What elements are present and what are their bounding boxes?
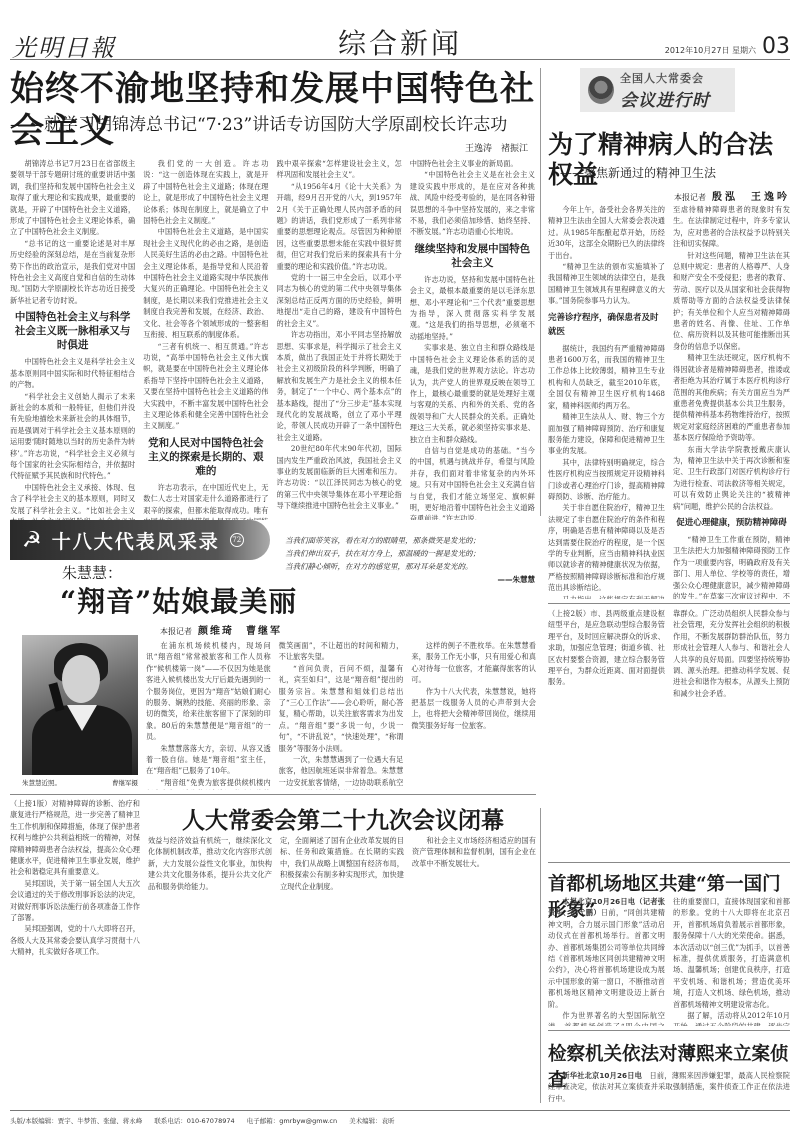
feature-banner: ☭ 十八大代表风采录 72 (10, 520, 270, 560)
paragraph: 靠群众。广泛动员组织人民群众参与社会管理，充分发挥社会组织的积极作用，不断发展群… (673, 608, 790, 699)
quote-attribution: ——朱慧慧 (285, 573, 535, 586)
paragraph: 中国特色社会主义道路，是中国实现社会主义现代化的必由之路，是创造人民美好生活的必… (143, 226, 268, 340)
paragraph: 至虐待精神障碍患者的现象时有发生。在法律制定过程中，许多专家认为，应对患者的合法… (673, 204, 790, 250)
law-continuation: （上接1版）对精神障碍的诊断、治疗和康复进行严格规范，进一步完善了精神卫生工作机… (10, 798, 140, 1100)
lead-body: 胡锦涛总书记7月23日在省部级主要领导干部专题研讨班的重要讲话中强调，我们坚持和… (10, 158, 535, 520)
lead-headline[interactable]: 始终不渝地坚持和发展中国特色社会主义 (10, 68, 535, 152)
section-divider (10, 794, 536, 795)
subhead: 党和人民对中国特色社会主义的探索是长期的、艰难的 (143, 436, 268, 478)
photo-caption: 朱慧慧近照。 曹继军摄 (22, 778, 138, 787)
paragraph: 实事求是、独立自主和群众路线是中国特色社会主义理论体系的活的灵魂，是我们党的世界… (410, 342, 535, 445)
paragraph: 党的十一届三中全会后，以邓小平同志为核心的党的第二代中央领导集体深刻总结正反两方… (277, 272, 402, 329)
mental-health-col-1: 今年上午，备受社会各界关注的精神卫生法由全国人大常委会表决通过。从1985年酝酿… (548, 204, 665, 599)
paragraph: 精神卫生法还规定，医疗机构不得因就诊者是精神障碍患者，推诿或者拒绝为其治疗属于本… (673, 352, 790, 443)
paragraph: “科学社会主义创始人揭示了未来新社会的本质和一般特征，但他们并没有先验地描绘未来… (10, 391, 135, 482)
section-divider (548, 862, 790, 863)
mental-health-body: 今年上午，备受社会各界关注的精神卫生法由全国人大常委会表决通过。从1985年酝酿… (548, 204, 790, 599)
masthead: 光明日報 综合新闻 2012年10月27日 星期六 03 (10, 0, 790, 60)
paragraph: 胡锦涛总书记7月23日在省部级主要领导干部专题研讨班的重要讲话中强调，我们坚持和… (10, 158, 135, 238)
procuratorate-body: 新华社北京10月26日电 日前，薄熙来因涉嫌犯罪，最高人民检察院经审查决定，依法… (548, 1070, 790, 1104)
issue-date: 2012年10月27日 星期六 (665, 45, 756, 56)
paragraph: （上接2版）市、县两级重点建设枢纽型平台，是应急联动型综合服务管理平台，及时回应… (548, 608, 665, 688)
npc-session-headline[interactable]: 人大常委会第二十九次会议闭幕 (150, 802, 536, 835)
paragraph: “首问负责，百问不烦，温馨有礼，宾至如归”，这是“翔音组”提出的服务宗旨。朱慧慧… (279, 663, 404, 754)
paragraph: 其中，法律特别明确规定，综合性医疗机构应当按照规定开设精神科门诊或者心理治疗门诊… (548, 457, 665, 503)
paragraph: 自信与自觉是成功的基础。“当今的中国，机遇与挑战并存，希望与风险并存，我们面对着… (410, 445, 535, 520)
paragraph: 东南大学法学院教授戴庆康认为，精神卫生法中关于再次诊断和鉴定、卫生行政部门对医疗… (673, 444, 790, 512)
column-divider (540, 68, 541, 516)
social-management-cont: （上接2版）市、县两级重点建设枢纽型平台，是应急联动型综合服务管理平台，及时回应… (548, 608, 790, 848)
subhead: 中国特色社会主义与科学社会主义既一脉相承又与时俱进 (10, 310, 135, 352)
photo-credit: 曹继军摄 (112, 778, 138, 787)
subhead: 促进心理健康，预防精神障碍 (673, 516, 790, 530)
paragraph: 中国特色社会主义承接、体现、包含了科学社会主义的基本原则，同时又发展了科学社会主… (10, 482, 135, 520)
paragraph: “三者有机统一、相互贯通。”许志功说，“高举中国特色社会主义伟大旗帜，就是要在中… (143, 341, 268, 432)
lead-col-3: 践中艰辛探索“怎样建设社会主义，怎样巩固和发展社会主义”。 “从1956年4月《… (277, 158, 402, 520)
social-col-2: 靠群众。广泛动员组织人民群众参与社会管理，充分发挥社会组织的积极作用，不断发展群… (673, 608, 790, 848)
delegate-photo (22, 635, 138, 775)
lead-col-1: 胡锦涛总书记7月23日在省部级主要领导干部专题研讨班的重要讲话中强调，我们坚持和… (10, 158, 135, 520)
paragraph: 这样的例子不胜枚举。在朱慧慧看来，服务工作无小事，只有用爱心和真心对待每一位旅客… (411, 640, 536, 686)
feature-col-2: 微笑画面”，不让超出的时间和精力，不让旅客失望。 “首问负责，百问不烦，温馨有礼… (279, 640, 404, 790)
paragraph: （上接1版）对精神障碍的诊断、治疗和康复进行严格规范，进一步完善了精神卫生工作机… (10, 798, 140, 878)
byline-label: 本报记者 (160, 627, 192, 636)
page-footer: 头版/本版编辑：贾宇、牛梦笛、张健、蒋永峰 联系电话：010-67078974 … (10, 1110, 790, 1125)
paragraph: 新华社北京10月26日电 日前，薄熙来因涉嫌犯罪，最高人民检察院经审查决定，依法… (548, 1070, 790, 1104)
paragraph: 许志功指出，邓小平同志坚持解放思想、实事求是，科学揭示了社会主义本质，做出了我国… (277, 329, 402, 443)
paragraph: 我们党的一大创造。许志功说：“这一创造体现在实践上，就是开辟了中国特色社会主义道… (143, 158, 268, 226)
page-number: 03 (762, 34, 790, 59)
national-emblem-icon (588, 76, 614, 104)
byline-label: 本报记者 (674, 193, 706, 202)
airport-body: 本报北京10月26日电（记者张景华、赵弋鹏）日前，“同创共建精神文明，合力展示国… (548, 896, 790, 1026)
quote-line: 当我们静心倾听，在对方的感觉里，那对耳朵是发光的。 (285, 560, 535, 573)
paragraph: 针对这些问题，精神卫生法在其总则中规定：患者的人格尊严、人身和财产安全不受侵犯；… (673, 250, 790, 353)
series-number: 72 (230, 533, 244, 547)
paragraph: 作为世界著名的大型国际航空港，首都机场创造了“四个中国之最”，被公认为是中国对外… (548, 1010, 665, 1026)
paragraph: 往的重要窗口，直接体现国家和首都的形象。党的十八大即将在北京召开，首都机场肩负着… (673, 896, 790, 1010)
paragraph: 今年上午，备受社会各界关注的精神卫生法由全国人大常委会表决通过。从1985年酝酿… (548, 204, 665, 261)
caption-text: 朱慧慧近照。 (22, 778, 61, 787)
column-divider (540, 808, 541, 1103)
paragraph: 在浦东机场候机楼内，现场问讯“翔音组”常常被旅客和工作人员称作“候机楼第一岗”—… (146, 640, 271, 743)
quote-line: 当我们面带笑容，看在对方的眼睛里，那条微笑是发光的； (285, 534, 535, 547)
feature-body: 在浦东机场候机楼内，现场问讯“翔音组”常常被旅客和工作人员称作“候机楼第一岗”—… (146, 640, 536, 790)
paragraph: 效益与经济效益有机统一，继续深化文化体制机制改革，推动文化内容形式创新，大力发展… (148, 835, 272, 892)
paragraph: 吴邦国说，关于第一届全国人大五次会议通过的关于修改刑事诉讼法的决定，对做好刑事诉… (10, 878, 140, 924)
lead-byline: 王逸涛 褚振江 (465, 141, 528, 154)
feature-col-3: 这样的例子不胜枚举。在朱慧慧看来，服务工作无小事，只有用爱心和真心对待每一位旅客… (411, 640, 536, 790)
paragraph: 据统计，我国约有严重精神障碍患者1600万名，而我国的精神卫生工作总体上比较薄弱… (548, 343, 665, 411)
paragraph: 本报北京10月26日电（记者张景华、赵弋鹏）日前，“同创共建精神文明，合力展示国… (548, 896, 665, 1010)
paragraph: “中国特色社会主义是在社会主义建设实践中形成的，是在应对各种挑战、风险中经受考验… (410, 169, 535, 237)
subhead: 完善诊疗程序，确保患者及时就医 (548, 311, 665, 339)
paragraph: 微笑画面”，不让超出的时间和精力，不让旅客失望。 (279, 640, 404, 663)
byline-names: 殷泓 王逸吟 (712, 192, 790, 203)
paragraph: 马力指出，这些规定有利于解决目前精神卫生工作存在的突出问题，明确各级政府、社区卫… (548, 594, 665, 599)
paragraph: 据了解，活动将从2012年10月开始，通过五个阶段的共建，逐步完善工作机制。 (673, 1010, 790, 1026)
footer-editors: 头版/本版编辑：贾宇、牛梦笛、张健、蒋永峰 (10, 1117, 142, 1125)
mental-health-col-2: 至虐待精神障碍患者的现象时有发生。在法律制定过程中，许多专家认为，应对患者的合法… (673, 204, 790, 599)
feature-byline: 本报记者颜维琦 曹继军 (160, 622, 282, 637)
paragraph: “精神卫生工作重在预防，精神卫生法把大力加强精神障碍预防工作作为一项重要内容，明… (673, 534, 790, 599)
banner-line-2: 会议进行时 (620, 86, 710, 111)
paragraph: 中国特色社会主义事业的新局面。 (410, 158, 535, 169)
paragraph: 一次，朱慧慧遇到了一位遇大有足旅客，他因航班延误非常着急。朱慧慧一边安抚旅客情绪… (279, 754, 404, 790)
paragraph: 作为十八大代表，朱慧慧说，她将把基层一线服务人员的心声带到大会上，也将把大会精神… (411, 686, 536, 732)
paragraph: “总书记的这一重要论述是对丰厚历史经验的深刻总结，是在当前复杂形势下作出的政治宣… (10, 238, 135, 306)
lead-col-4: 中国特色社会主义事业的新局面。 “中国特色社会主义是在社会主义建设实践中形成的，… (410, 158, 535, 520)
paragraph: 精神卫生法从人、财、物三个方面加强了精神障碍预防、治疗和康复服务能力建设，保障和… (548, 411, 665, 457)
paragraph: 和社会主义市场经济相适应的国有资产管理体制和监督机制，国有企业在改革中不断发展壮… (412, 835, 536, 869)
mental-health-subheadline: ——聚焦新通过的精神卫生法 (560, 164, 716, 181)
section-divider (548, 603, 790, 604)
feature-headline[interactable]: “翔音”姑娘最美丽 (60, 580, 297, 620)
subhead: 继续坚持和发展中国特色社会主义 (410, 242, 535, 270)
social-col-1: （上接2版）市、县两级重点建设枢纽型平台，是应急联动型综合服务管理平台，及时回应… (548, 608, 665, 848)
paragraph: 20世纪80年代末90年代初，国际国内发生严重政治风波，我国社会主义事业的发展面… (277, 443, 402, 511)
paragraph: 朱慧慧落落大方，亲切、从容又透着一股自信。她是“翔音组”室主任，在“翔音组”已服… (146, 743, 271, 777)
lead-col-2: 我们党的一大创造。许志功说：“这一创造体现在实践上，就是开辟了中国特色社会主义道… (143, 158, 268, 520)
quote-line: 当我们伸出双手，扶在对方身上，那温暖的一握是发光的； (285, 547, 535, 560)
party-emblem-icon: ☭ (22, 528, 42, 553)
feature-series-title: 十八大代表风采录 (52, 527, 220, 554)
banner-line-1: 全国人大常委会 (620, 70, 710, 86)
paragraph: 中国特色社会主义是科学社会主义基本原则同中国实际和时代特征相结合的产物。 (10, 356, 135, 390)
byline-names: 颜维琦 曹继军 (198, 626, 282, 637)
paragraph: “翔音组”免费为旅客提供候机楼内行李寄存、遗失物品招领、航班问询等服务，每天要面… (146, 777, 271, 790)
mental-health-byline: 本报记者殷泓 王逸吟 (674, 188, 790, 203)
mental-health-headline[interactable]: 为了精神病人的合法权益 (548, 130, 793, 190)
paragraph: 吴邦国强调，党的十八大即将召开，各级人大及其常委会要认真学习贯彻十八大精神，扎实… (10, 923, 140, 957)
npc-session-banner: 全国人大常委会 会议进行时 (580, 68, 735, 112)
paragraph: 关于非自愿住院治疗，精神卫生法规定了非自愿住院治疗的条件和程序，明确是否患有精神… (548, 502, 665, 593)
feature-quote: 当我们面带笑容，看在对方的眼睛里，那条微笑是发光的； 当我们伸出双手，扶在对方身… (285, 534, 535, 586)
footer-art-editor: 美术编辑：袁昕 (349, 1117, 395, 1125)
footer-phone: 联系电话：010-67078974 (154, 1117, 234, 1125)
paragraph: 践中艰辛探索“怎样建设社会主义，怎样巩固和发展社会主义”。 (277, 158, 402, 181)
npc-session-body: 效益与经济效益有机统一，继续深化文化体制机制改革，推动文化内容形式创新，大力发展… (148, 835, 536, 1100)
paragraph: 许志功表示，在中国近代史上，无数仁人志士对国家走什么道路都进行了艰辛的探索，但都… (143, 482, 268, 520)
paragraph: “从1956年4月《论十大关系》为开端，经9月召开党的八大，到1957年2月《关… (277, 181, 402, 272)
section-divider (548, 1030, 790, 1031)
paragraph: 许志功说，坚持和发展中国特色社会主义，最根本最重要的是以毛泽东思想、邓小平理论和… (410, 274, 535, 342)
paragraph: “精神卫生法的颁布实施填补了我国精神卫生领域的法律空白，是我国精神卫生领域具有里… (548, 261, 665, 307)
date-page-box: 2012年10月27日 星期六 03 (665, 34, 790, 59)
paragraph: 定，全面阐述了国有企业改革发展的目标、任务和政策措施。在长期的实践中，我们从战略… (280, 835, 404, 892)
footer-email[interactable]: 电子邮箱：gmrbyw@gmw.cn (247, 1117, 337, 1125)
lead-subheadline: ——就学习胡锦涛总书记“7·23”讲话专访国防大学原副校长许志功 (10, 114, 535, 136)
feature-col-1: 在浦东机场候机楼内，现场问讯“翔音组”常常被旅客和工作人员称作“候机楼第一岗”—… (146, 640, 271, 790)
